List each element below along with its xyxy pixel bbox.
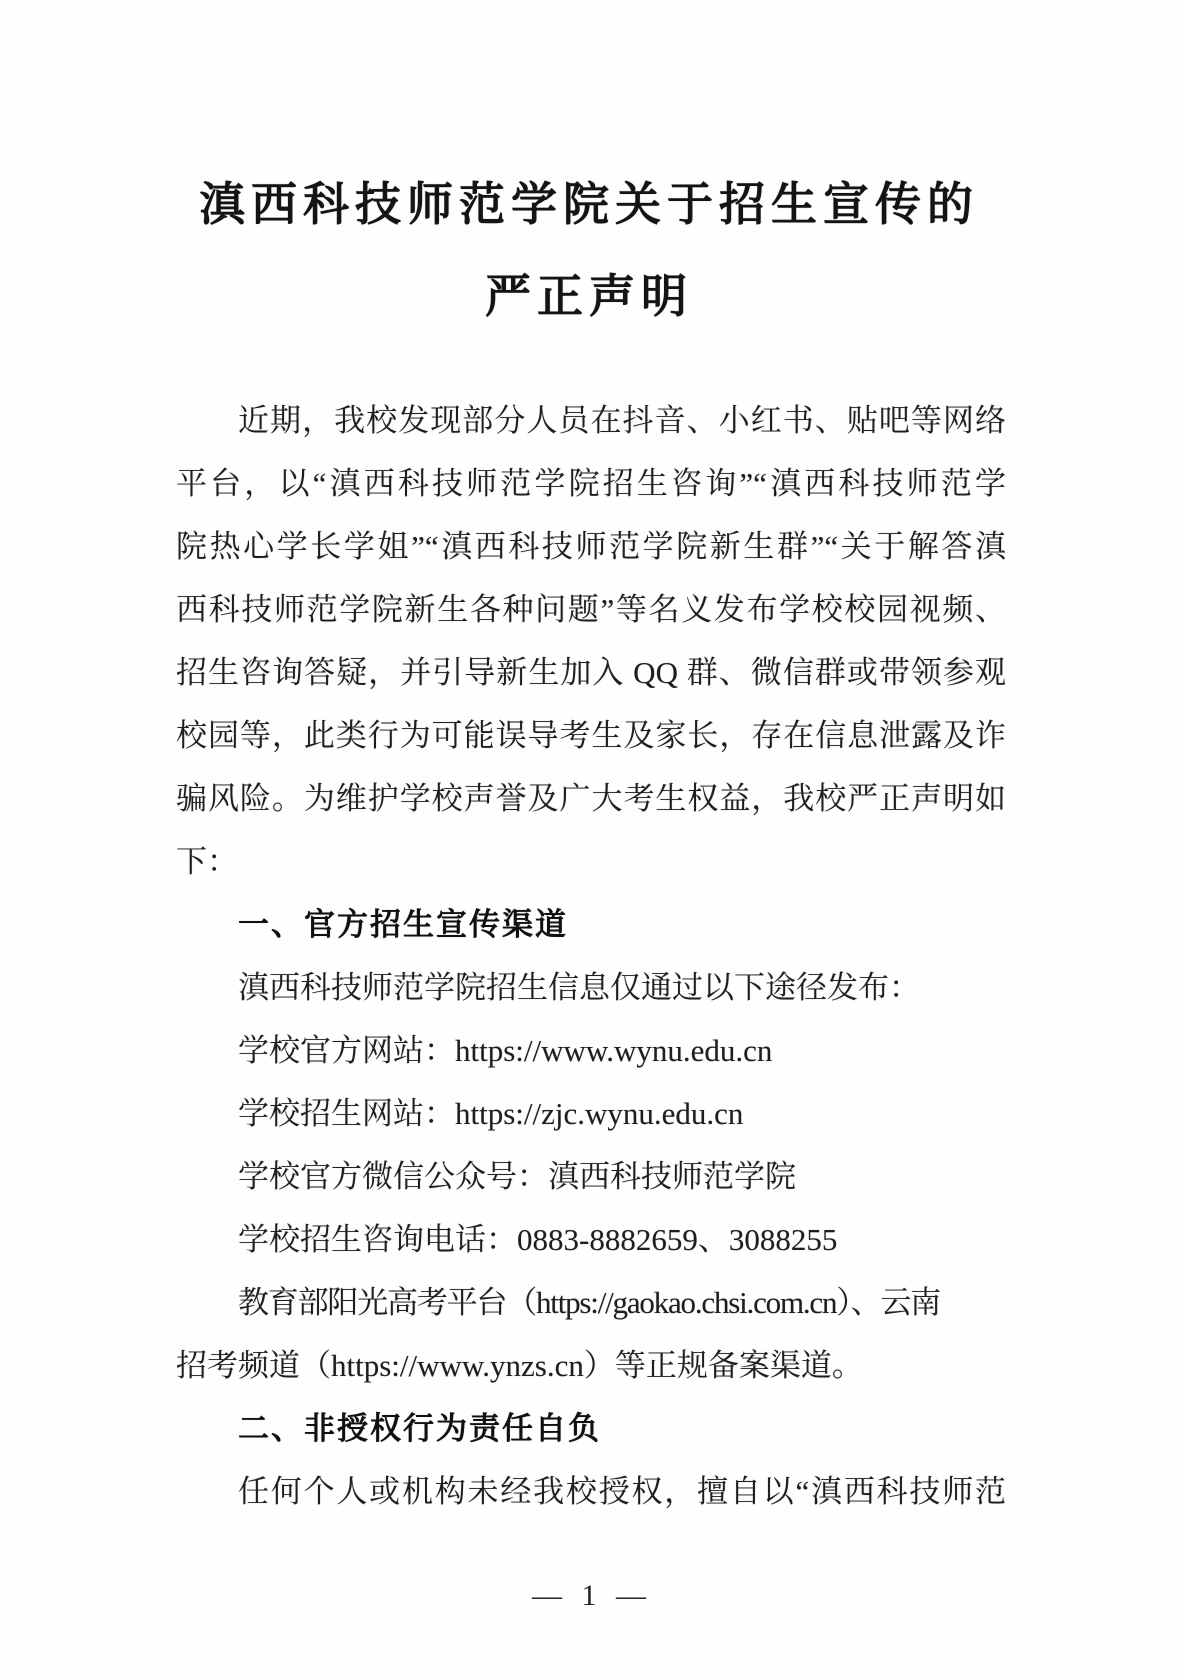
section-2-body-line: 任何个人或机构未经我校授权，擅自以“滇西科技师范 [176, 1460, 1006, 1523]
intro-paragraph-line: 平台，以“滇西科技师范学院招生咨询”“滇西科技师范学 [176, 452, 1006, 515]
document-title-line1: 滇西科技师范学院关于招生宣传的 [172, 159, 1006, 251]
section-2-heading: 二、非授权行为责任自负 [176, 1397, 1006, 1460]
section-1-intro-line: 滇西科技师范学院招生信息仅通过以下途径发布： [176, 956, 1006, 1019]
document-title-line2: 严正声明 [172, 251, 1006, 343]
admissions-website-line: 学校招生网站：https://zjc.wynu.edu.cn [176, 1082, 1006, 1145]
intro-paragraph-line: 下： [176, 830, 1006, 893]
document-page: 滇西科技师范学院关于招生宣传的 严正声明 近期，我校发现部分人员在抖音、小红书、… [0, 0, 1184, 1675]
gaokao-platform-line: 教育部阳光高考平台（https://gaokao.chsi.com.cn）、云南 [176, 1271, 1006, 1334]
intro-paragraph-line: 近期，我校发现部分人员在抖音、小红书、贴吧等网络 [176, 389, 1006, 452]
official-website-line: 学校官方网站：https://www.wynu.edu.cn [176, 1019, 1006, 1082]
document-title: 滇西科技师范学院关于招生宣传的 严正声明 [172, 159, 1006, 343]
section-1-heading: 一、官方招生宣传渠道 [176, 893, 1006, 956]
phone-numbers-line: 学校招生咨询电话：0883-8882659、3088255 [176, 1208, 1006, 1271]
intro-paragraph-line: 院热心学长学姐”“滇西科技师范学院新生群”“关于解答滇 [176, 515, 1006, 578]
wechat-account-line: 学校官方微信公众号：滇西科技师范学院 [176, 1145, 1006, 1208]
intro-paragraph-line: 西科技师范学院新生各种问题”等名义发布学校校园视频、 [176, 578, 1006, 641]
intro-paragraph-line: 校园等，此类行为可能误导考生及家长，存在信息泄露及诈 [176, 704, 1006, 767]
intro-paragraph-line: 招生咨询答疑，并引导新生加入 QQ 群、微信群或带领参观 [176, 641, 1006, 704]
page-number: — 1 — [0, 1579, 1184, 1613]
document-body: 近期，我校发现部分人员在抖音、小红书、贴吧等网络 平台，以“滇西科技师范学院招生… [176, 389, 1006, 1523]
intro-paragraph-line: 骗风险。为维护学校声誉及广大考生权益，我校严正声明如 [176, 767, 1006, 830]
yunnan-channel-line: 招考频道（https://www.ynzs.cn）等正规备案渠道。 [176, 1334, 1006, 1397]
